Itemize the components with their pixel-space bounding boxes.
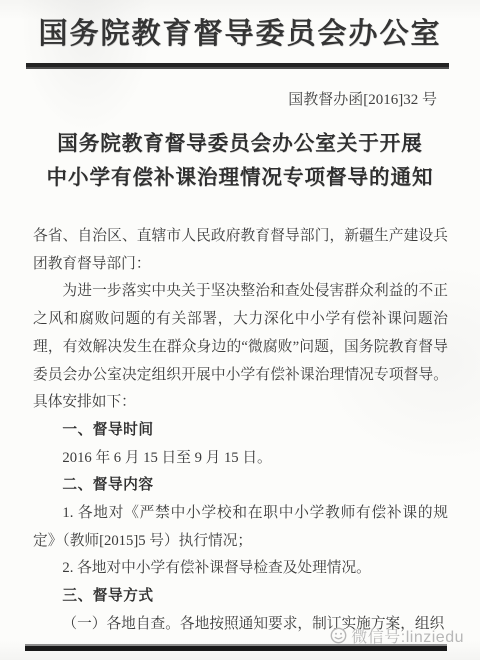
doc-number: 国教督办函[2016]32 号 [0, 90, 480, 110]
masthead-rule [26, 63, 449, 69]
document-title: 国务院教育督导委员会办公室关于开展 中小学有偿补课治理情况专项督导的通知 [0, 127, 480, 195]
footer-rule [25, 644, 447, 651]
section-3-heading: 三、督导方式 [33, 583, 448, 611]
section-2-heading: 二、督导内容 [33, 472, 448, 500]
scanned-document-page: 国务院教育督导委员会办公室 国教督办函[2016]32 号 国务院教育督导委员会… [0, 0, 480, 660]
section-1-heading: 一、督导时间 [33, 417, 448, 445]
document-body: 各省、自治区、直辖市人民政府教育督导部门，新疆生产建设兵团教育督导部门： 为进一… [33, 223, 448, 639]
masthead-title: 国务院教育督导委员会办公室 [0, 12, 480, 56]
section-2-item-1: 1. 各地对《严禁中小学校和在职中小学教师有偿补课的规定》（教师[2015]5 … [33, 500, 448, 555]
section-2-item-2: 2. 各地对中小学有偿补课督导检查及处理情况。 [33, 555, 448, 583]
document-title-line-1: 国务院教育督导委员会办公室关于开展 [0, 127, 480, 161]
intro-paragraph: 为进一步落实中央关于坚决整治和查处侵害群众利益的不正之风和腐败问题的有关部署，大… [33, 278, 448, 417]
addressee-line: 各省、自治区、直辖市人民政府教育督导部门，新疆生产建设兵团教育督导部门： [33, 223, 448, 278]
section-1-date: 2016 年 6 月 15 日至 9 月 15 日。 [33, 445, 448, 473]
document-title-line-2: 中小学有偿补课治理情况专项督导的通知 [0, 161, 480, 195]
wechat-smiley-icon [330, 627, 347, 644]
